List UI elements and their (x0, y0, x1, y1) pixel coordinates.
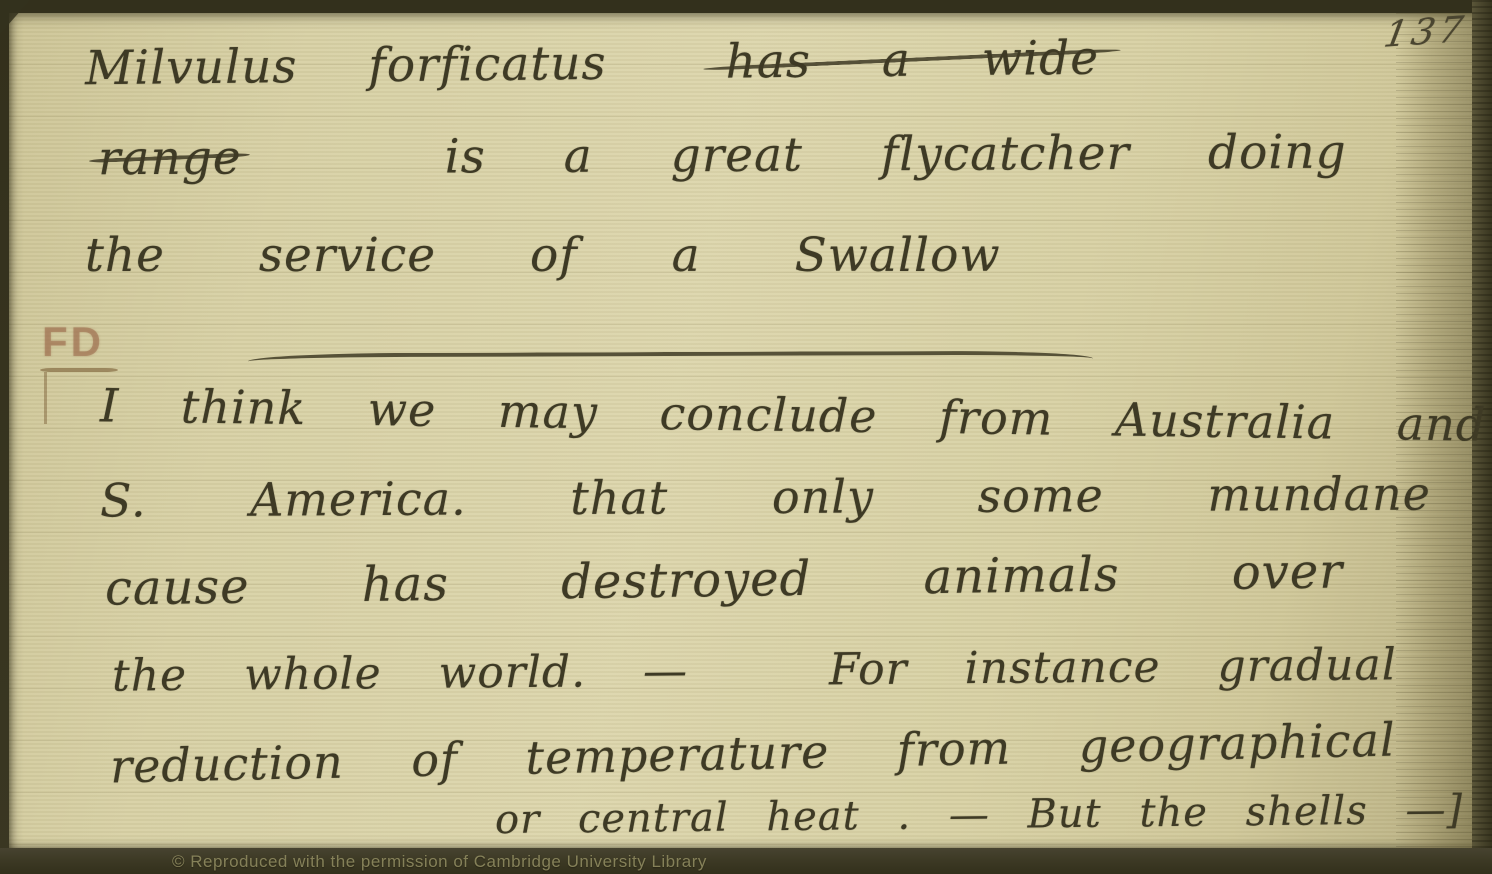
line5-text: S. America. that only some mundane (100, 467, 1431, 528)
fd-mark-bracket (44, 372, 47, 424)
line3-text: the service of a Swallow (85, 228, 1001, 283)
handwriting-line-5: S. America. that only some mundane (100, 467, 1431, 528)
manuscript-scan: 137 Milvulus forficatus has a wide range… (0, 0, 1492, 874)
line2-deleted-text: range (98, 131, 242, 187)
page-number: 137 (1381, 9, 1470, 56)
top-left-corner-shadow (0, 0, 30, 34)
hand-drawn-separator-line (248, 351, 1093, 370)
copyright-watermark: © Reproduced with the permission of Camb… (172, 852, 707, 872)
handwriting-line-1: Milvulus forficatus has a wide (85, 31, 1100, 97)
line7-text: the whole world. — (112, 646, 688, 702)
line7-text-continued: For instance gradual (829, 639, 1397, 695)
line2-text: is a great flycatcher doing (444, 125, 1346, 185)
fd-mark-underline (40, 368, 118, 372)
line1-deleted-text: has a wide (725, 31, 1099, 90)
line1-text: Milvulus forficatus (85, 36, 607, 96)
handwriting-line-2: range is a great flycatcher doing (98, 125, 1347, 187)
handwriting-line-3: the service of a Swallow (85, 228, 1001, 283)
fd-library-mark: FD (42, 318, 104, 366)
